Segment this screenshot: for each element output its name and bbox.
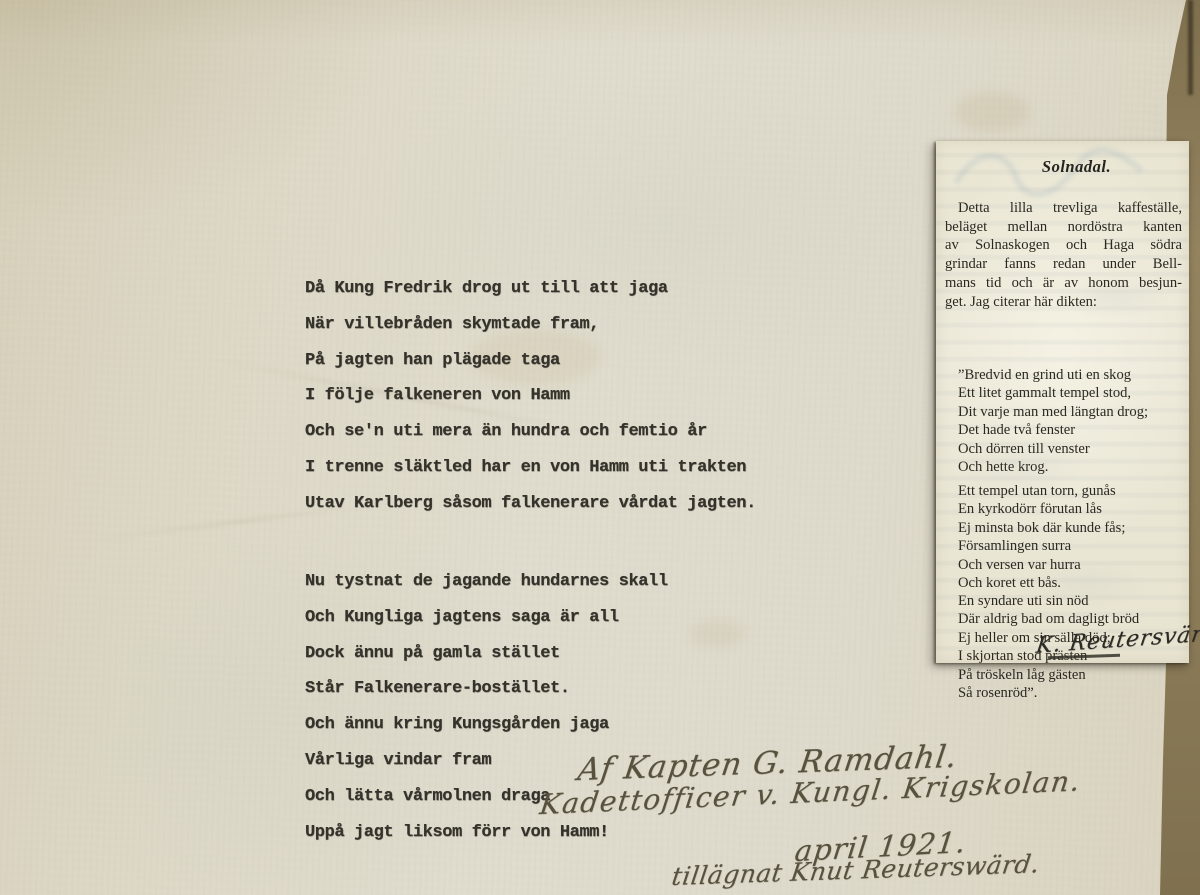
clipping-verse-line: Ej minsta bok där kunde fås; [958, 519, 1125, 538]
attribution-dedication-line: tillägnat Knut Reuterswärd. [670, 849, 1042, 891]
clipping-verse-line: Ett litet gammalt tempel stod, [958, 384, 1148, 403]
poem-line: Och ännu kring Kungsgården jaga [305, 707, 668, 743]
clipping-intro-line: mans tid och är av honom besjun- [945, 274, 1182, 293]
clipping-intro-line: Detta lilla trevliga kaffeställe, [945, 199, 1182, 218]
clipping-verse-line: En syndare uti sin nöd [958, 592, 1139, 611]
clipping-intro-line: get. Jag citerar här dikten: [945, 293, 1182, 312]
clipping-verse-3: En syndare uti sin nödDär aldrig bad om … [958, 536, 1139, 703]
paper-stain [955, 92, 1030, 132]
scanned-album-page: Då Kung Fredrik drog ut till att jagaNär… [0, 0, 1200, 895]
clipping-intro-line: grindar fanns redan under Bell- [945, 255, 1182, 274]
clipping-verse-line: ”Bredvid en grind uti en skog [958, 366, 1148, 385]
poem-line: I följe falkeneren von Hamm [305, 378, 756, 414]
poem-line: På jagten han plägade taga [305, 343, 756, 379]
paper-stain [690, 620, 745, 648]
newspaper-clipping: Solnadal. Detta lilla trevliga kaffestäl… [936, 141, 1189, 663]
poem-line: Då Kung Fredrik drog ut till att jaga [305, 271, 756, 307]
poem-line: Dock ännu på gamla stället [305, 636, 668, 672]
clipping-intro-line: av Solnaskogen och Haga södra [945, 236, 1182, 255]
clipping-intro-line: beläget mellan nordöstra kanten [945, 218, 1182, 237]
clipping-verse-line: Dit varje man med längtan drog; [958, 403, 1148, 422]
poem-line: Står Falkenerare-bostället. [305, 671, 668, 707]
poem-line: Och se'n uti mera än hundra och femtio å… [305, 414, 756, 450]
album-edge-shadow-line [1188, 0, 1193, 95]
clipping-verse-line: Så rosenröd”. [958, 684, 1139, 703]
poem-line: Uppå jagt liksom förr von Hamm! [305, 815, 668, 851]
poem-line: Och Kungliga jagtens saga är all [305, 600, 668, 636]
clipping-verse-line: En kyrkodörr förutan lås [958, 500, 1125, 519]
clipping-verse-line: Där aldrig bad om dagligt bröd [958, 610, 1139, 629]
clipping-intro-paragraph: Detta lilla trevliga kaffeställe,beläget… [945, 199, 1182, 311]
clipping-title: Solnadal. [964, 157, 1189, 177]
poem-line: Nu tystnat de jagande hundarnes skall [305, 564, 668, 600]
poem-line: När villebråden skymtade fram, [305, 307, 756, 343]
clipping-verse-line: Ett tempel utan torn, gunås [958, 482, 1125, 501]
clipping-verse-line: På tröskeln låg gästen [958, 666, 1139, 685]
